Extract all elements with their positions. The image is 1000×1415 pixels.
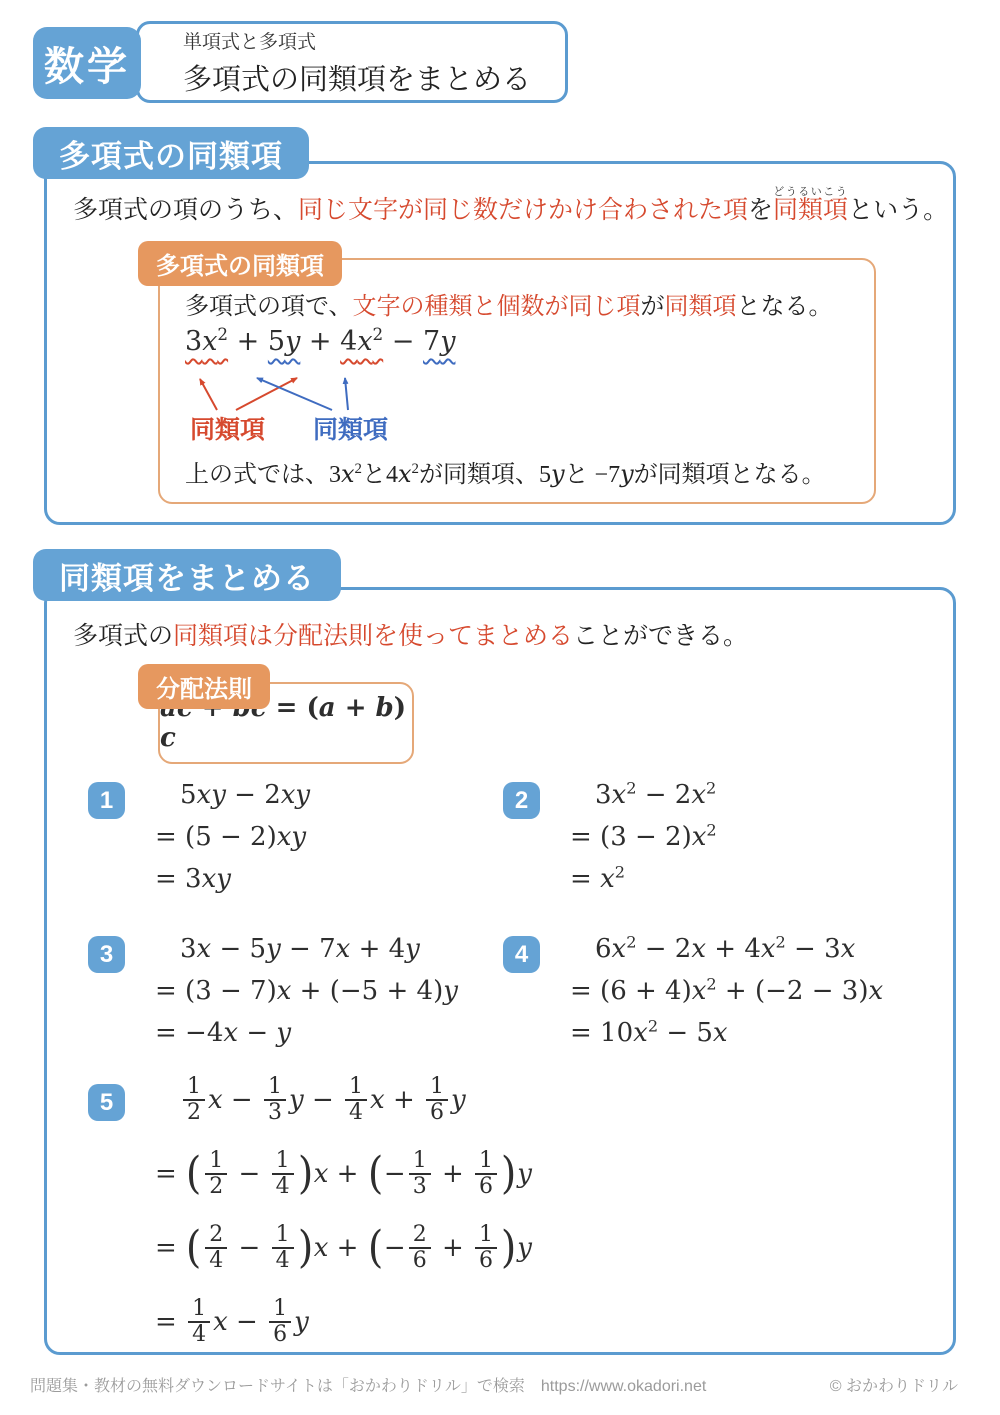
math-line: = 10x2 − 5x — [570, 1018, 883, 1048]
section1-heading: 多項式の同類項 — [33, 127, 309, 179]
example-2: 2 3x2 − 2x2 = (3 − 2)x2 = x2 — [503, 780, 717, 906]
math-line: = (3 − 7)x + (−5 + 4)y — [155, 976, 458, 1006]
like-terms-label-blue: 同類項 — [313, 410, 388, 446]
example-polynomial: 3x2 + 5y + 4x2 − 7y — [185, 326, 455, 357]
example-number-badge: 1 — [88, 782, 125, 819]
like-terms-label-red: 同類項 — [190, 410, 265, 446]
example-4-work: 6x2 − 2x + 4x2 − 3x = (6 + 4)x2 + (−2 − … — [570, 934, 883, 1048]
math-line: = 3xy — [155, 864, 310, 894]
math-line: = 14x − 16y — [155, 1294, 532, 1350]
section2-heading: 同類項をまとめる — [33, 549, 341, 601]
math-line: = x2 — [570, 864, 717, 894]
note-rule-text: 多項式の項で、文字の種類と個数が同じ項が同類項となる。 — [185, 286, 833, 321]
math-line: = (5 − 2)xy — [155, 822, 310, 852]
example-number-badge: 3 — [88, 936, 125, 973]
math-line: 6x2 − 2x + 4x2 − 3x — [570, 934, 883, 964]
unit-label: 単項式と多項式 — [183, 27, 565, 54]
example-3-work: 3x − 5y − 7x + 4y = (3 − 7)x + (−5 + 4)y… — [155, 934, 458, 1048]
example-5: 5 12x − 13y − 14x + 16y = (12 − 14)x + (… — [88, 1072, 532, 1368]
math-line: = (24 − 14)x + (−26 + 16)y — [155, 1220, 532, 1276]
section1-box: 多項式の項のうち、同じ文字が同じ数だけかけ合わされた項を同類項どうるいこうという… — [44, 161, 956, 525]
math-line: = (12 − 14)x + (−13 + 16)y — [155, 1146, 532, 1202]
note-box-heading: 多項式の同類項 — [138, 241, 342, 286]
math-line: = −4x − y — [155, 1018, 458, 1048]
footer-site-note: 問題集・教材の無料ダウンロードサイトは「おかわりドリル」で検索 https://… — [30, 1373, 706, 1396]
math-line: 3x − 5y − 7x + 4y — [155, 934, 458, 964]
law-box-heading: 分配法則 — [138, 664, 270, 709]
example-5-work: 12x − 13y − 14x + 16y = (12 − 14)x + (−1… — [155, 1072, 532, 1350]
footer-copyright: © おかわりドリル — [830, 1373, 958, 1396]
math-line: = (3 − 2)x2 — [570, 822, 717, 852]
section2-intro-text: 多項式の同類項は分配法則を使ってまとめることができる。 — [73, 616, 748, 652]
example-3: 3 3x − 5y − 7x + 4y = (3 − 7)x + (−5 + 4… — [88, 934, 458, 1060]
math-line: = (6 + 4)x2 + (−2 − 3)x — [570, 976, 883, 1006]
section1-intro-text: 多項式の項のうち、同じ文字が同じ数だけかけ合わされた項を同類項どうるいこうという… — [73, 186, 948, 228]
worksheet-page: 数学 単項式と多項式 多項式の同類項をまとめる 多項式の同類項 多項式の項のうち… — [0, 0, 1000, 1415]
example-1: 1 5xy − 2xy = (5 − 2)xy = 3xy — [88, 780, 310, 906]
math-line: 5xy − 2xy — [155, 780, 310, 810]
page-title: 多項式の同類項をまとめる — [183, 57, 565, 98]
example-number-badge: 2 — [503, 782, 540, 819]
example-number-badge: 4 — [503, 936, 540, 973]
note-conclusion-text: 上の式では、3x2と4x2が同類項、5yと −7yが同類項となる。 — [185, 454, 826, 489]
math-line: 3x2 − 2x2 — [570, 780, 717, 810]
example-1-work: 5xy − 2xy = (5 − 2)xy = 3xy — [155, 780, 310, 894]
title-box: 単項式と多項式 多項式の同類項をまとめる — [136, 21, 568, 103]
math-line: 12x − 13y − 14x + 16y — [155, 1072, 532, 1128]
note-box: 多項式の項で、文字の種類と個数が同じ項が同類項となる。 3x2 + 5y + 4… — [158, 258, 876, 504]
subject-badge: 数学 — [33, 27, 141, 99]
example-2-work: 3x2 − 2x2 = (3 − 2)x2 = x2 — [570, 780, 717, 894]
example-4: 4 6x2 − 2x + 4x2 − 3x = (6 + 4)x2 + (−2 … — [503, 934, 883, 1060]
example-number-badge: 5 — [88, 1084, 125, 1121]
